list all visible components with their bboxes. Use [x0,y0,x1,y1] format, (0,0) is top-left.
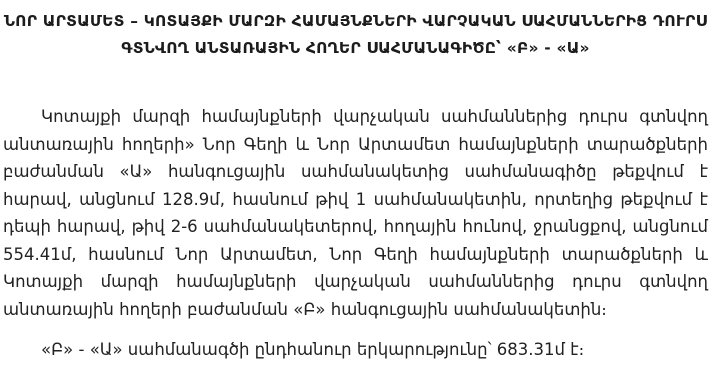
total-length-paragraph: «Բ» - «Ա» սահմանագծի ընդհանուր երկարությ… [3,336,708,364]
document-title-line-1: ՆՈՐ ԱՐՏԱՄԵՏ – ԿՈՏԱՅՔԻ ՄԱՐԶԻ ՀԱՄԱՅՆՔՆԵՐԻ … [3,8,708,35]
document-page: ՆՈՐ ԱՐՏԱՄԵՏ – ԿՈՏԱՅՔԻ ՄԱՐԶԻ ՀԱՄԱՅՆՔՆԵՐԻ … [0,0,711,365]
document-title: ՆՈՐ ԱՐՏԱՄԵՏ – ԿՈՏԱՅՔԻ ՄԱՐԶԻ ՀԱՄԱՅՆՔՆԵՐԻ … [3,8,708,62]
document-title-line-2: ԳՏՆՎՈՂ ԱՆՏԱՌԱՅԻՆ ՀՈՂԵՐ ՍԱՀՄԱՆԱԳԻԾԸ՝ «Բ» … [3,35,708,62]
boundary-description-paragraph: Կոտայքի մարզի համայնքների վարչական սահմա… [3,103,708,323]
